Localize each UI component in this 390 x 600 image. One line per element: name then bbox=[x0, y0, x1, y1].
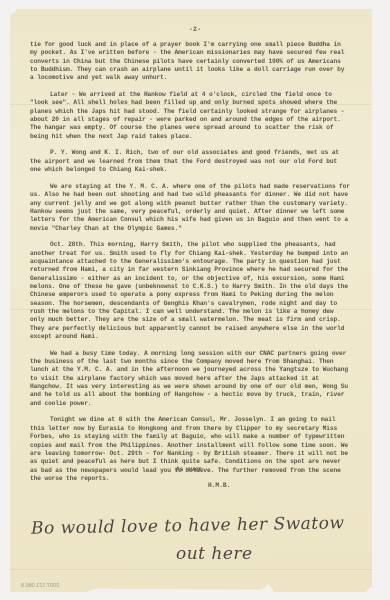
paragraph: tie for good luck and in place of a pray… bbox=[30, 41, 350, 83]
letter-body: tie for good luck and in place of a pray… bbox=[30, 41, 350, 492]
signature-initials: H.M.B. bbox=[208, 482, 230, 489]
paper-crease bbox=[10, 569, 372, 570]
paragraph: P. Y. Wong and K. I. Rich, two of our ol… bbox=[30, 149, 350, 174]
handwritten-note-line-2: out here bbox=[176, 544, 253, 564]
paragraph: We had a busy time today. A morning long… bbox=[30, 350, 350, 408]
paragraph: Tonight we dine at 8 with the American C… bbox=[30, 416, 350, 483]
closing-salutation: As ever bbox=[176, 466, 202, 473]
archive-stamp: 2007.121.086.8 bbox=[21, 583, 59, 589]
page-number: -2- bbox=[0, 26, 390, 33]
paragraph: Oct. 28th. This morning, Harry Smith, th… bbox=[30, 241, 350, 341]
paragraph: We are staying at the Y. M. C. A. where … bbox=[30, 183, 350, 233]
paragraph: Later - We arrived at the Hankow field a… bbox=[30, 91, 350, 141]
